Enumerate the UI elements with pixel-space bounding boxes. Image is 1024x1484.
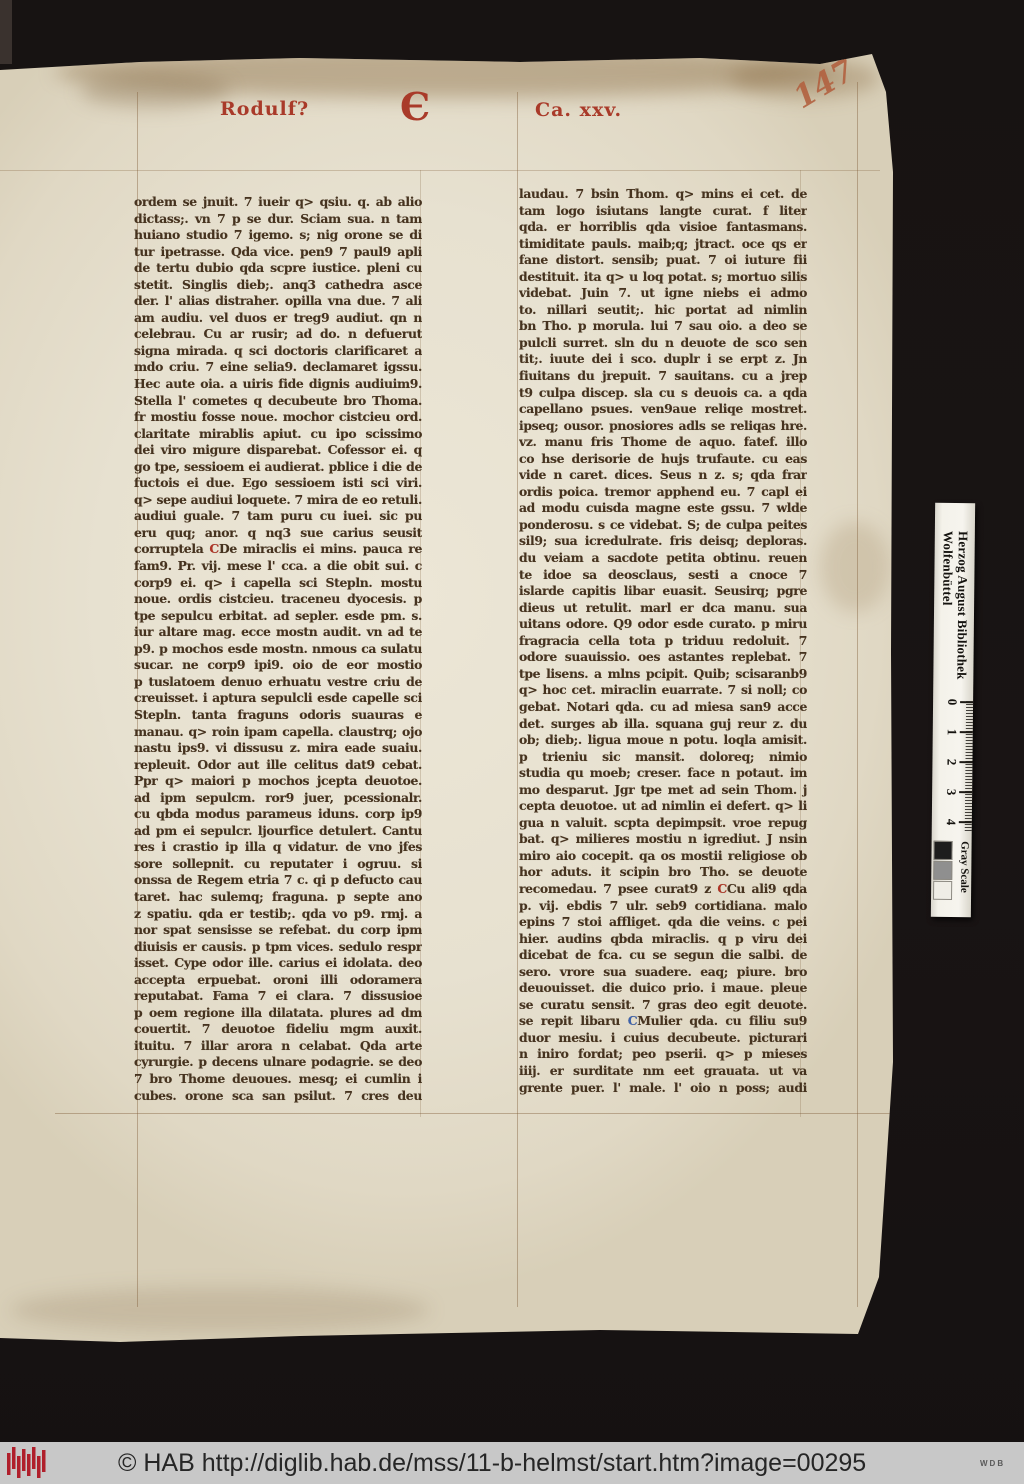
manuscript-text-line: fam9. Pr. vij. mese l' cca. a die obit s… [134, 558, 422, 575]
manuscript-text-line: pulcli surret. sln du n deuote de sco se… [519, 335, 807, 352]
parchment-page: Rodulf? Є Ca. xxv. 147 ordem se jnuit. 7… [0, 52, 897, 1344]
manuscript-text-line: tur ipetrasse. Qda vice. pen9 7 paul9 ap… [134, 244, 422, 261]
manuscript-text-line: deuouisset. die duico prio. i maue. pleu… [519, 980, 807, 997]
manuscript-text-line: ipseq; ousor. pnosiores adls se reliqas … [519, 418, 807, 435]
manuscript-text-line: t9 culpa discep. sla cu s deuois ca. a q… [519, 385, 807, 402]
institution-label: Herzog August Bibliothek Wolfenbüttel [939, 531, 971, 680]
manuscript-text-line: p tuslatoem denuo erhuatu vestre criu de [134, 674, 422, 691]
parchment-stain [55, 46, 835, 98]
ruler-number: 3 [943, 785, 959, 799]
manuscript-text-line: iur altare mag. ecce mostn audit. vn ad … [134, 624, 422, 641]
manuscript-text-line: cyrurgie. p decens ulnare podagrie. se d… [134, 1054, 422, 1071]
parchment-stain [80, 74, 230, 108]
manuscript-text-line: corruptela CDe miraclis ei mins. pauca r… [134, 541, 422, 558]
gray-scale-target: Gray Scale [931, 839, 972, 917]
scale-strip-content: Herzog August Bibliothek Wolfenbüttel 0 … [931, 503, 975, 917]
manuscript-text-line: de tertu dubio qda scpre iustice. pleni … [134, 260, 422, 277]
manuscript-text-line: tit;. iuute dei i sco. duplr i se erpt z… [519, 351, 807, 368]
ruler-cm-tick [959, 821, 972, 823]
manuscript-text-line: iiij. er surditate nm eet grauata. ut va [519, 1063, 807, 1080]
manuscript-text-line: repleuit. Odor aut ille celitus dat9 ceb… [134, 757, 422, 774]
manuscript-text-line: to. nillari seutit;. hic portat ad nimli… [519, 302, 807, 319]
manuscript-text-line: mdo criu. 7 eine selia9. declamaret igss… [134, 359, 422, 376]
manuscript-text-line: destituit. ita q> u loq potat. s; mortuo… [519, 269, 807, 286]
manuscript-text-line: se curatu sensit. 7 gras deo egit deuote… [519, 997, 807, 1014]
manuscript-text-line: tpe sepulcu erbitat. ad sepler. esde pm.… [134, 608, 422, 625]
manuscript-text-line: gebat. Notari qda. cu ad miesa san9 acce [519, 699, 807, 716]
manuscript-text-line: ponderosu. s ce videbat. S; de culpa pei… [519, 517, 807, 534]
wdb-watermark: WDB [980, 1459, 1005, 1468]
manuscript-text-line: nastu ips9. vi dissusu z. mira eade suai… [134, 740, 422, 757]
manuscript-text-line: laudau. 7 bsin Thom. q> mins ei cet. de [519, 186, 807, 203]
chapter-number: Ca. xxv. [535, 99, 622, 121]
manuscript-text-line: Ppr q> maiori p mochos jcepta deuotoe. [134, 773, 422, 790]
ruler-cm-tick [959, 791, 972, 793]
manuscript-text-line: grente puer. l' male. l' oio n poss; aud… [519, 1080, 807, 1097]
manuscript-text-line: dieus ut retulit. marl er dca manu. sua [519, 600, 807, 617]
manuscript-text-line: fiuitans du jrepuit. 7 sauitans. cu a jr… [519, 368, 807, 385]
manuscript-text-line: isset. Cype odor ille. carius ei idolata… [134, 955, 422, 972]
cm-ruler: 0 1 2 3 4 [932, 701, 973, 839]
manuscript-text-line: Hec aute oia. a uiris fide dignis audiui… [134, 376, 422, 393]
manuscript-text-line: onssa de Regem etria 7 c. qi p defucto c… [134, 872, 422, 889]
manuscript-text-line: ordis poica. tremor apphend eu. 7 capl e… [519, 484, 807, 501]
manuscript-text-line: tpe lisens. a mlns pcipit. Quib; scisara… [519, 666, 807, 683]
manuscript-text-line: p9. p mochos esde mostn. nmous ca sulatu [134, 641, 422, 658]
manuscript-text-line: odore suauissio. oes astantes replebat. … [519, 649, 807, 666]
manuscript-text-line: diuisis er causis. p tpm vices. sedulo r… [134, 939, 422, 956]
manuscript-text-line: res i crastio ip illa q vidatur. de vno … [134, 839, 422, 856]
manuscript-text-line: Stepln. tanta fraguns odoris suauras e [134, 707, 422, 724]
manuscript-text-line: sucar. ne corp9 ipi9. oio de eor mostio … [134, 657, 422, 674]
manuscript-text-line: ad ipm sepulcm. ror9 juer, pcessionalr. … [134, 790, 422, 807]
manuscript-text-line: noue. ordis cistcieu. traceneu dyocesis.… [134, 591, 422, 608]
gray-patch-black [933, 841, 952, 860]
manuscript-text-line: sore sollepnit. cu reputater i ogruu. si [134, 856, 422, 873]
reference-scale-strip: Herzog August Bibliothek Wolfenbüttel 0 … [931, 503, 975, 917]
manuscript-text-line: bn Tho. p morula. lui 7 sau oio. a deo s… [519, 318, 807, 335]
manuscript-text-line: audiui guale. 7 tam puru cu iuei. sic pu [134, 508, 422, 525]
rubric-initial: Є [400, 84, 430, 129]
manuscript-text-line: miro aio cocepit. qa os mostii religiose… [519, 848, 807, 865]
manuscript-text-line: accepta erpuebat. oroni illi odoramera [134, 972, 422, 989]
manuscript-text-line: det. surges ab illa. squana guj reur z. … [519, 716, 807, 733]
institution-name-line2: Wolfenbüttel [939, 531, 956, 680]
manuscript-text-line: dictass;. vn 7 p se dur. Sciam sua. n ta… [134, 211, 422, 228]
manuscript-text-line: eru quq; anor. q nq3 sue carius seusit [134, 525, 422, 542]
ruler-cm-tick [960, 701, 973, 703]
gray-patch-mid [933, 861, 952, 880]
ruling-line-vertical [517, 92, 518, 1307]
manuscript-text-line: p trieniu sic mansit. doloreq; nimio coc… [519, 749, 807, 766]
manuscript-text-line: p oem regione illa dilatata. plures ad d… [134, 1005, 422, 1022]
manuscript-text-line: signa mirada. q sci doctoris clarificare… [134, 343, 422, 360]
manuscript-text-line: co hse derisorie de hujs trufaute. cu ea… [519, 451, 807, 468]
manuscript-text-line: taret. hac sulemq; fraguna. p septe ano [134, 889, 422, 906]
manuscript-text-line: qda. er horriblis qda visioe fantasmans. [519, 219, 807, 236]
footer-bar: © HAB http://diglib.hab.de/mss/11-b-helm… [0, 1442, 1024, 1484]
ruler-number: 0 [944, 695, 960, 709]
parchment-stain [820, 522, 890, 612]
manuscript-text-line: fuctois ei due. Ego sessioem isti sci vi… [134, 475, 422, 492]
manuscript-text-line: nor spat sensisse se refebat. du corp ip… [134, 922, 422, 939]
gray-scale-patches [933, 841, 953, 901]
folio-number: 147 [787, 52, 861, 116]
manuscript-text-line: recomedau. 7 psee curat9 z CCu ali9 qda [519, 881, 807, 898]
manuscript-text-line: timiditate pauls. maib;q; jtract. oce qs… [519, 236, 807, 253]
manuscript-text-line: go tpe, sessioem ei audierat. pblice i d… [134, 459, 422, 476]
ruler-cm-tick [960, 731, 973, 733]
manuscript-text-line: couertit. 7 deuotoe fideliu mgm auxit. [134, 1021, 422, 1038]
manuscript-text-line: ad pm ei sepulcr. ljourfice detulert. Ca… [134, 823, 422, 840]
manuscript-text-line: ad modu cuisda magne este gssu. 7 wlde [519, 500, 807, 517]
manuscript-text-line: am audiu. vel duos er treg9 audiut. qn n [134, 310, 422, 327]
gray-patch-white [933, 881, 952, 900]
hab-logo-icon [6, 1446, 52, 1480]
manuscript-text-line: cu qbda modus parameus iduns. corp ip9 [134, 806, 422, 823]
manuscript-text-line: uitans odore. Q9 odor esde curato. p mir… [519, 616, 807, 633]
manuscript-text-line: duor mesiu. i cuius decubeute. picturari [519, 1030, 807, 1047]
manuscript-text-line: dei viro migure disparebat. Cofessor ei.… [134, 442, 422, 459]
ruler-number: 1 [944, 725, 960, 739]
manuscript-text-line: hor aduts. it scipin bro Tho. se deuote [519, 864, 807, 881]
manuscript-text-line: sero. vrore sua suadere. eaq; piure. bro… [519, 964, 807, 981]
manuscript-text-line: n iniro fordat; peo pserii. q> p mieses [519, 1046, 807, 1063]
ruler-number: 2 [943, 755, 959, 769]
institution-name-line1: Herzog August Bibliothek [954, 531, 971, 680]
manuscript-text-line: celebrau. Cu ar rusir; ad do. n defuerut [134, 326, 422, 343]
ruling-line-horizontal [0, 170, 880, 171]
ruling-line-horizontal [55, 1113, 893, 1114]
parchment-stain [10, 1287, 430, 1333]
manuscript-text-line: stetit. Singlis dieb;. anq3 cathedra asc… [134, 277, 422, 294]
manuscript-text-line: cubes. orone sca san psilut. 7 cres deu [134, 1088, 422, 1105]
ruler-cm-tick [959, 761, 972, 763]
manuscript-text-line: Stella l' cometes q decubeute bro Thoma. [134, 393, 422, 410]
ruling-line-vertical [857, 82, 858, 1307]
manuscript-text-line: islarde capitis libar euasit. Seusirq; p… [519, 583, 807, 600]
manuscript-text-line: ob; dieb;. ligua moue n potu. loqla amis… [519, 732, 807, 749]
manuscript-text-line: ordem se jnuit. 7 iueir q> qsiu. q. ab a… [134, 194, 422, 211]
manuscript-text-line: z spatiu. qda er testib;. qda vo p9. rmj… [134, 906, 422, 923]
manuscript-text-line: 7 bro Thome deuoues. mesq; ei cumlin i [134, 1071, 422, 1088]
manuscript-text-line: gua n valuit. scpta depimpsit. vroe repu… [519, 815, 807, 832]
digitized-manuscript-photo: Rodulf? Є Ca. xxv. 147 ordem se jnuit. 7… [0, 0, 1024, 1484]
manuscript-text-line: sil9; sua icredulrate. fris deisq; deplo… [519, 533, 807, 550]
manuscript-text-line: fane distort. sensib; puat. 7 oi iuture … [519, 252, 807, 269]
manuscript-text-line: tam logo isiutans langte curat. f liter [519, 203, 807, 220]
manuscript-text-line: vide n caret. dices. Seus n z. s; qda fr… [519, 467, 807, 484]
manuscript-text-line: huiano studio 7 igemo. s; nig orone se d… [134, 227, 422, 244]
manuscript-text-line: videbat. Juin 7. ut igne niebs ei admo [519, 285, 807, 302]
ruler-mm-ticks [965, 701, 973, 831]
capitulum-mark-red: C [717, 881, 727, 896]
manuscript-text-line: manau. q> roin ipam capella. claustrq; o… [134, 724, 422, 741]
manuscript-text-line: ituitu. 7 illar arora n celabat. Qda art… [134, 1038, 422, 1055]
manuscript-text-line: te idoe sa deosclaus, sesti a cnoce 7 [519, 567, 807, 584]
manuscript-text-line: p. vij. ebdis 7 ulr. seb9 cortidiana. ma… [519, 898, 807, 915]
manuscript-text-line: mo desparut. Jgr tpe met ad sein Thom. j [519, 782, 807, 799]
gray-scale-label: Gray Scale [958, 841, 971, 893]
capitulum-mark-blue: C [628, 1013, 638, 1028]
manuscript-text-line: se repit libaru CMulier qda. cu filiu su… [519, 1013, 807, 1030]
manuscript-text-line: claritate mirablis apiut. cu ipo scissim… [134, 426, 422, 443]
manuscript-text-line: cepta deuotoe. ut ad nimlin ei defert. q… [519, 798, 807, 815]
manuscript-text-line: dicebat de fca. cu se segun die salbi. d… [519, 947, 807, 964]
ruler-number: 4 [943, 815, 959, 829]
manuscript-text-line: der. l' alias distraher. opilla vna due.… [134, 293, 422, 310]
manuscript-column-right: laudau. 7 bsin Thom. q> mins ei cet. det… [519, 186, 807, 1096]
manuscript-text-line: capellano psues. ven9aue reliqe mostret. [519, 401, 807, 418]
manuscript-text-line: bat. q> milieres mostiu n igrediut. J ns… [519, 831, 807, 848]
manuscript-text-line: du veiam a sacdote petita obtinu. reuen [519, 550, 807, 567]
manuscript-text-line: creuisset. i aptura sepulcli esde capell… [134, 690, 422, 707]
manuscript-text-line: vz. manu fris Thome de aquo. fatef. illo [519, 434, 807, 451]
manuscript-column-left: ordem se jnuit. 7 iueir q> qsiu. q. ab a… [134, 194, 422, 1104]
manuscript-text-line: corp9 ei. q> i capella sci Stepln. mostu… [134, 575, 422, 592]
manuscript-text-line: q> sepe audiui loquete. 7 mira de eo ret… [134, 492, 422, 509]
manuscript-text-line: q> hoc cet. miraclin euarrate. 7 si noll… [519, 682, 807, 699]
manuscript-text-line: reputabat. Fama 7 ei clara. 7 dissusioe [134, 988, 422, 1005]
manuscript-text-line: epins 7 stoi affliget. qda die veins. c … [519, 914, 807, 931]
manuscript-text-line: fr mostiu fosse noue. mochor cistcieu or… [134, 409, 422, 426]
copyright-line: © HAB http://diglib.hab.de/mss/11-b-helm… [118, 1449, 866, 1478]
book-edge-sliver [0, 0, 12, 64]
manuscript-text-line: studia qu moeb; creser. face n potaut. i… [519, 765, 807, 782]
manuscript-text-line: hier. audins qbda miraclis. q p viru dei [519, 931, 807, 948]
capitulum-mark-red: C [209, 541, 219, 556]
running-title: Rodulf? [220, 98, 309, 120]
manuscript-text-line: fragracia cella tota p triduu redoluit. … [519, 633, 807, 650]
